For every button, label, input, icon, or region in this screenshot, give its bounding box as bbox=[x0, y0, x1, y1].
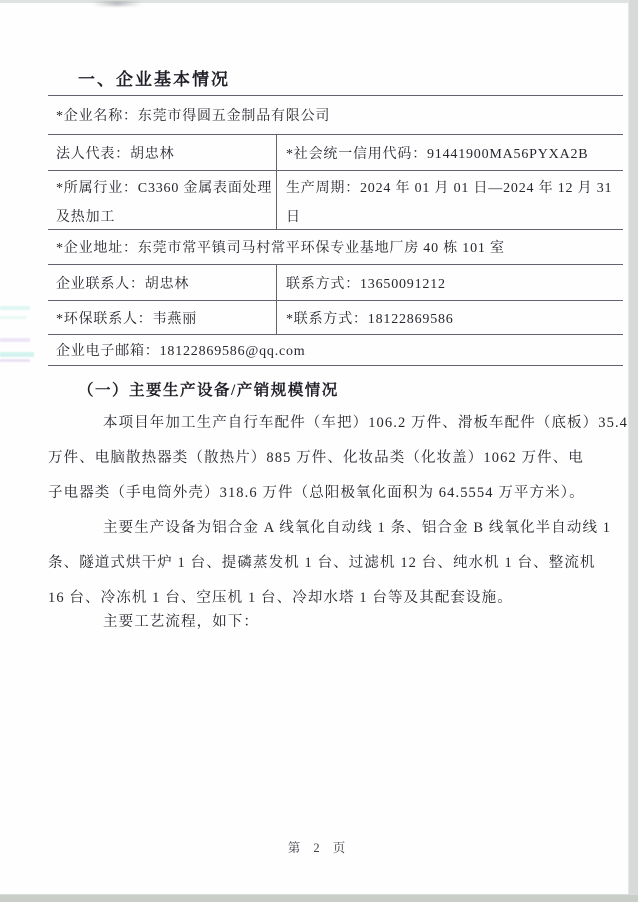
table-row-industry: *所属行业：C3360 金属表面处理 及热加工 生产周期：2024 年 01 月… bbox=[48, 171, 623, 230]
page-number: 第 2 页 bbox=[0, 838, 638, 856]
table-row-legal-rep: 法人代表：胡忠林 *社会统一信用代码：91441900MA56PYXA2B bbox=[48, 135, 623, 171]
scan-artifact-left bbox=[0, 352, 34, 357]
production-period-value: 生产周期：2024 年 01 月 01 日—2024 年 12 月 31 日 bbox=[286, 181, 612, 225]
company-name-value: *企业名称：东莞市得圆五金制品有限公司 bbox=[56, 105, 330, 125]
env-contact-person-value: *环保联系人：韦燕丽 bbox=[56, 308, 197, 328]
env-contact-person-cell: *环保联系人：韦燕丽 bbox=[48, 301, 277, 334]
company-address-value: *企业地址：东莞市常平镇司马村常平环保专业基地厂房 40 栋 101 室 bbox=[56, 237, 505, 257]
paragraph-production-volume: 本项目年加工生产自行车配件（车把）106.2 万件、滑板车配件（底板）35.4 … bbox=[48, 406, 620, 511]
scan-artifact-left bbox=[0, 338, 30, 342]
table-row-email: 企业电子邮箱：18122869586@qq.com bbox=[48, 335, 623, 366]
body-text-block: 本项目年加工生产自行车配件（车把）106.2 万件、滑板车配件（底板）35.4 … bbox=[48, 406, 620, 640]
industry-value-line2: 及热加工 bbox=[56, 203, 276, 232]
scan-artifact-left bbox=[0, 359, 30, 362]
credit-code-cell: *社会统一信用代码：91441900MA56PYXA2B bbox=[277, 143, 623, 163]
table-row-address: *企业地址：东莞市常平镇司马村常平环保专业基地厂房 40 栋 101 室 bbox=[48, 230, 623, 265]
legal-rep-value: 法人代表：胡忠林 bbox=[56, 143, 174, 163]
contact-phone-cell: 联系方式：13650091212 bbox=[277, 273, 623, 293]
paragraph-line: 主要生产设备为铝合金 A 线氧化自动线 1 条、铝合金 B 线氧化半自动线 1 bbox=[48, 511, 620, 546]
industry-cell: *所属行业：C3360 金属表面处理 及热加工 bbox=[48, 171, 277, 229]
production-period-cell: 生产周期：2024 年 01 月 01 日—2024 年 12 月 31 日 bbox=[277, 171, 623, 232]
scanned-document-page: 一、企业基本情况 *企业名称：东莞市得圆五金制品有限公司 法人代表：胡忠林 *社… bbox=[0, 0, 638, 902]
industry-value-line1: *所属行业：C3360 金属表面处理 bbox=[56, 174, 276, 203]
scan-artifact-left bbox=[0, 306, 30, 310]
paragraph-line: 万件、电脑散热器类（散热片）885 万件、化妆品类（化妆盖）1062 万件、电 bbox=[48, 441, 620, 476]
paragraph-line: 本项目年加工生产自行车配件（车把）106.2 万件、滑板车配件（底板）35.4 bbox=[48, 406, 620, 441]
paragraph-line: 条、隧道式烘干炉 1 台、提磷蒸发机 1 台、过滤机 12 台、纯水机 1 台、… bbox=[48, 546, 620, 581]
company-email-value: 企业电子邮箱：18122869586@qq.com bbox=[56, 340, 306, 360]
paragraph-equipment: 主要生产设备为铝合金 A 线氧化自动线 1 条、铝合金 B 线氧化半自动线 1 … bbox=[48, 511, 620, 616]
env-contact-phone-value: *联系方式：18122869586 bbox=[286, 312, 454, 327]
table-row-contact: 企业联系人：胡忠林 联系方式：13650091212 bbox=[48, 265, 623, 301]
scan-smudge-top bbox=[92, 1, 142, 6]
env-contact-phone-cell: *联系方式：18122869586 bbox=[277, 308, 623, 328]
credit-code-value: *社会统一信用代码：91441900MA56PYXA2B bbox=[286, 147, 588, 162]
company-info-table: *企业名称：东莞市得圆五金制品有限公司 法人代表：胡忠林 *社会统一信用代码：9… bbox=[48, 95, 623, 366]
scan-edge-bottom bbox=[0, 894, 638, 902]
scan-artifact-left bbox=[0, 316, 26, 319]
subsection-heading: （一）主要生产设备/产销规模情况 bbox=[78, 378, 339, 400]
scan-edge-right bbox=[628, 0, 638, 902]
contact-phone-value: 联系方式：13650091212 bbox=[286, 277, 446, 292]
contact-person-value: 企业联系人：胡忠林 bbox=[56, 273, 189, 293]
contact-person-cell: 企业联系人：胡忠林 bbox=[48, 265, 277, 300]
paragraph-line: 子电器类（手电筒外壳）318.6 万件（总阳极氧化面积为 64.5554 万平方… bbox=[48, 476, 620, 511]
table-row-company-name: *企业名称：东莞市得圆五金制品有限公司 bbox=[48, 96, 623, 135]
legal-rep-cell: 法人代表：胡忠林 bbox=[48, 135, 277, 170]
document-section-title: 一、企业基本情况 bbox=[78, 65, 230, 90]
table-row-env-contact: *环保联系人：韦燕丽 *联系方式：18122869586 bbox=[48, 301, 623, 335]
